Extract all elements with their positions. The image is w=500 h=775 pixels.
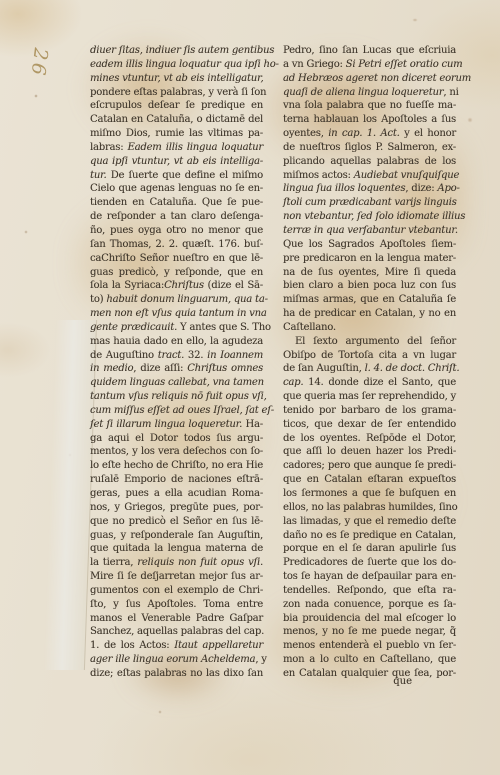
text-line: daño no es ſe predique en Catalan,	[283, 529, 456, 543]
text-line: ño, pues oyga otro no menor que	[90, 224, 263, 238]
text-line: dize; eſtas palabras no las dixo ſan	[90, 667, 263, 681]
text-line: plicando aquellas palabras de los	[283, 155, 456, 169]
text-line: Obiſpo de Tortoſa cita a vn lugar	[283, 349, 456, 363]
text-line: mas hauia dado en ello, la agudeza	[90, 335, 263, 349]
text-line: de reſponder a tan claro deſenga-	[90, 210, 263, 224]
catchword: que	[283, 676, 412, 687]
text-line: ſola la Syriaca:Chriſtus (dize el Sā-	[90, 279, 263, 293]
text-line: zon nada conuence, porque es ſa-	[283, 598, 456, 612]
handwritten-marginalia: 26	[26, 47, 52, 80]
text-line: lingua ſua illos loquentes, dize: Apo-	[283, 182, 456, 196]
text-line: tos ſe hayan de deſpauilar para en-	[283, 570, 456, 584]
text-line: a vn Griego: Si Petri eſſet oratio cum	[283, 58, 456, 72]
text-line: eadem illis lingua loquatur qua ipſi ho-	[90, 58, 263, 72]
text-line: cap. 14. donde dize el Santo, que	[283, 376, 456, 390]
text-line: ticos, que dexar de ſer entendido	[283, 418, 456, 432]
text-line: ager ille lingua eorum Acheldema, y	[90, 653, 263, 667]
text-line: 1. de los Actos: Itaut appellaretur	[90, 639, 263, 653]
text-line: porque en el ſe daran apulirle ſus	[283, 542, 456, 556]
text-line: gente prædicauit. Y antes que S. Tho	[90, 321, 263, 335]
text-line: ruſalē Emporio de naciones eſtrā-	[90, 473, 263, 487]
text-line: los ſermones a que ſe buſquen en	[283, 487, 456, 501]
text-line: nos, y Griegos, pregūte pues, por-	[90, 501, 263, 515]
text-line: Pedro, ſino ſan Lucas que eſcriuia	[283, 44, 456, 58]
text-line: El ſexto argumento del ſeñor	[283, 335, 456, 349]
text-line: quaſi de aliena lingua loqueretur, ni	[283, 86, 456, 100]
text-line: mines vtuntur, vt ab eis intelligatur,	[90, 72, 263, 86]
text-column-left: diuer ſitas, indiuer ſis autem gentibuse…	[90, 44, 263, 681]
text-line: geras, pues a ella acudian Roma-	[90, 487, 263, 501]
text-line: bia prouidencia del mal eſcoger lo	[283, 612, 456, 626]
text-line: caChriſto Señor nueſtro en que lē-	[90, 252, 263, 266]
text-line: cum miſſus eſſet ad oues Iſrael, ſat eſ-	[90, 404, 263, 418]
text-line: miſmo Dios, rumie las vltimas pa-	[90, 127, 263, 141]
text-column-right: Pedro, ſino ſan Lucas que eſcriuiaa vn G…	[283, 44, 456, 681]
text-line: cadores; pero que aunque ſe predi-	[283, 459, 456, 473]
text-line: tenido por barbaro de los grama-	[283, 404, 456, 418]
text-line: de nueſtros ſiglos P. Salmeron, ex-	[283, 141, 456, 155]
text-line: mon a lo culto en Caſtellano, que	[283, 653, 456, 667]
text-line: tur. De ſuerte que define el miſmo	[90, 169, 263, 183]
text-line: terræ in qua verſabantur vtebantur.	[283, 224, 456, 238]
text-line: manos el Venerable Padre Gaſpar	[90, 612, 263, 626]
text-line: men non eſt vſus quia tantum in vna	[90, 307, 263, 321]
text-line: Que los Sagrados Apoſtoles ſiem-	[283, 238, 456, 252]
text-line: las limadas, y que el remedio deſte	[283, 515, 456, 529]
text-line: que queria mas ſer reprehendido, y	[283, 390, 456, 404]
text-line: de Auguſtino tract. 32. in Ioannem	[90, 349, 263, 363]
text-line: non vtebantur, ſed ſolo idiomate illius	[283, 210, 456, 224]
text-line: pre predicaron en la lengua mater-	[283, 252, 456, 266]
text-line: oyentes, in cap. 1. Act. y el honor	[283, 127, 456, 141]
text-line: ſto, y ſus Apoſtoles. Toma entre	[90, 598, 263, 612]
text-line: Mire ſi ſe deſjarretan mejor ſus ar-	[90, 570, 263, 584]
text-line: qua ipſi vtuntur, vt ab eis intelliga-	[90, 155, 263, 169]
text-line: ga aqui el Dotor todos ſus argu-	[90, 432, 263, 446]
text-line: la tierra, reliquis non fuit opus vſi.	[90, 556, 263, 570]
text-line: menos entenderà el pueblo vn ſer-	[283, 639, 456, 653]
text-line: ſtoli cum prædicabant varijs linguis	[283, 196, 456, 210]
text-line: diuer ſitas, indiuer ſis autem gentibus	[90, 44, 263, 58]
text-line: Sanchez, aquellas palabras del cap.	[90, 625, 263, 639]
text-line: miſmas armas, que en Cataluña ſe	[283, 293, 456, 307]
text-line: que quitada la lengua materna de	[90, 542, 263, 556]
text-line: Caſtellano.	[283, 321, 456, 335]
text-line: Predicadores de ſuerte que los do-	[283, 556, 456, 570]
text-line: eſcrupulos deſear ſe predique en	[90, 99, 263, 113]
text-line: ad Hebræos ageret non diceret eorum	[283, 72, 456, 86]
text-line: guas, y reſponderale ſan Auguſtin,	[90, 529, 263, 543]
text-line: to) habuit donum linguarum, qua ta-	[90, 293, 263, 307]
text-line: de los oyentes. Reſpōde el Dotor,	[283, 432, 456, 446]
text-line: que en Catalan eſtaran expueſtos	[283, 473, 456, 487]
text-line: pondere eſtas palabras, y verà ſi ſon	[90, 86, 263, 100]
text-line: in medio, dize aſſi: Chriſtus omnes	[90, 362, 263, 376]
text-line: terna hablauan los Apoſtoles a ſus	[283, 113, 456, 127]
text-line: ſan Thomas, 2. 2. quæſt. 176. buſ-	[90, 238, 263, 252]
text-line: vna ſola palabra que no fueſſe ma-	[283, 99, 456, 113]
text-line: Catalan en Cataluña, o dictamē del	[90, 113, 263, 127]
text-line: tienden en Cataluña. Que ſe pue-	[90, 196, 263, 210]
text-line: ſet ſi illarum lingua loqueretur. Ha-	[90, 418, 263, 432]
text-line: menos, y no ſe me puede negar, q̃	[283, 625, 456, 639]
text-line: ha de predicar en Catalan, y no en	[283, 307, 456, 321]
text-line: bien claro a bien poca luz con ſus	[283, 279, 456, 293]
text-line: quidem linguas callebat, vna tamen	[90, 376, 263, 390]
text-line: Cielo que agenas lenguas no ſe en-	[90, 182, 263, 196]
text-line: tantum vſus reliquis nō fuit opus vſi,	[90, 390, 263, 404]
text-line: na de ſus oyentes, Mire ſi queda	[283, 266, 456, 280]
text-line: gumentos con el exemplo de Chri-	[90, 584, 263, 598]
text-line: que no predicò el Señor en ſus lē-	[90, 515, 263, 529]
text-line: guas predicò, y reſponde, que en	[90, 266, 263, 280]
text-line: que aſſi lo deuen hazer los Predi-	[283, 445, 456, 459]
text-line: ellos, no las palabras humildes, ſino	[283, 501, 456, 515]
text-line: lo eſte hecho de Chriſto, no era Hie	[90, 459, 263, 473]
text-line: labras: Eadem illis lingua loquatur	[90, 141, 263, 155]
text-line: de ſan Auguſtin, l. 4. de doct. Chriſt.	[283, 362, 456, 376]
text-line: miſmos actos: Audiebat vnuſquiſque	[283, 169, 456, 183]
text-line: mentos, y los vera deſechos con ſo-	[90, 445, 263, 459]
text-line: tendelles. Reſpondo, que eſta ra-	[283, 584, 456, 598]
